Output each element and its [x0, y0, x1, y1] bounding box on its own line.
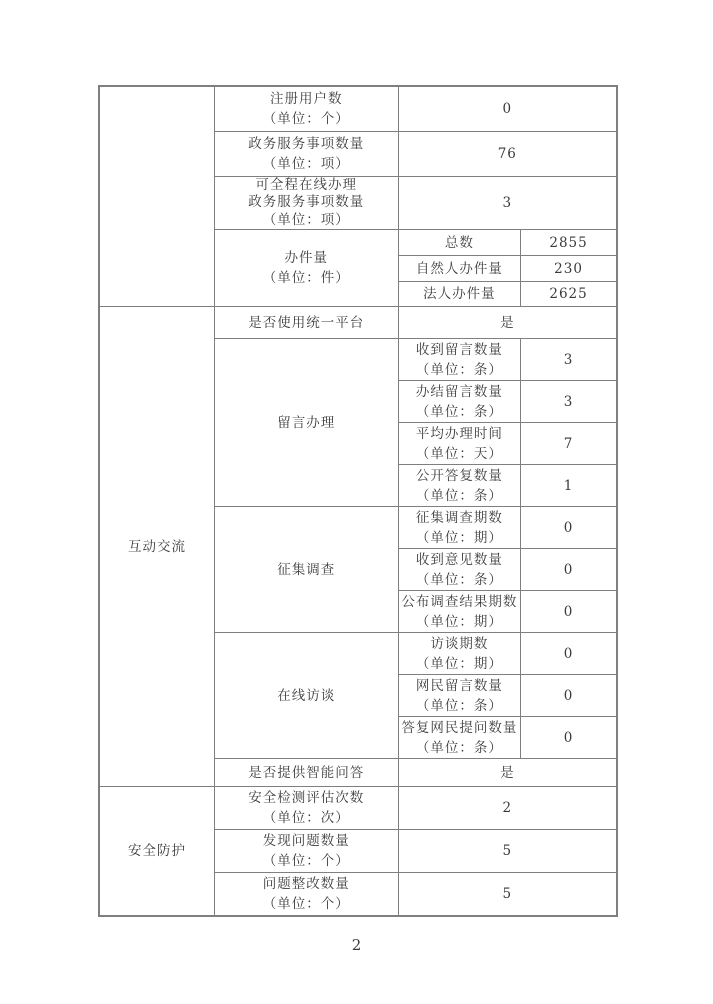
- service-items-label-line2: （单位：项）: [217, 154, 396, 174]
- service-items-label-line1: 政务服务事项数量: [217, 134, 396, 154]
- online-items-label-line2: 政务服务事项数量: [217, 194, 396, 212]
- case-volume-natural-value: 230: [521, 256, 617, 282]
- interview-periods-value: 0: [521, 633, 617, 675]
- registered-users-label: 注册用户数 （单位：个）: [214, 86, 398, 131]
- questions-answered-line1: 答复网民提问数量: [401, 718, 518, 738]
- survey-periods-line1: 征集调查期数: [401, 508, 518, 528]
- results-published-value: 0: [521, 591, 617, 633]
- security-assessments-value: 2: [398, 787, 617, 830]
- case-volume-total-value: 2855: [521, 230, 617, 256]
- results-published-line2: （单位：期）: [401, 612, 518, 632]
- problems-found-value: 5: [398, 830, 617, 873]
- avg-handling-time-label: 平均办理时间 （单位：天）: [398, 423, 520, 465]
- interview-label: 在线访谈: [214, 633, 398, 759]
- section2-group-label: 互动交流: [99, 307, 214, 787]
- case-volume-label-line1: 办件量: [217, 248, 396, 268]
- page-number: 2: [0, 936, 713, 954]
- messages-completed-line1: 办结留言数量: [401, 382, 518, 402]
- opinions-received-line1: 收到意见数量: [401, 550, 518, 570]
- case-volume-natural-label: 自然人办件量: [398, 256, 520, 282]
- security-assessments-line1: 安全检测评估次数: [217, 788, 396, 808]
- registered-users-label-line2: （单位：个）: [217, 109, 396, 129]
- public-replies-label: 公开答复数量 （单位：条）: [398, 465, 520, 507]
- netizen-messages-line2: （单位：条）: [401, 696, 518, 716]
- messages-received-value: 3: [521, 339, 617, 381]
- case-volume-legal-label: 法人办件量: [398, 282, 520, 307]
- security-assessments-label: 安全检测评估次数 （单位：次）: [214, 787, 398, 830]
- messages-received-line2: （单位：条）: [401, 360, 518, 380]
- smart-qa-label: 是否提供智能问答: [214, 759, 398, 787]
- results-published-label: 公布调查结果期数 （单位：期）: [398, 591, 520, 633]
- problems-fixed-line1: 问题整改数量: [217, 874, 396, 894]
- report-table-container: 注册用户数 （单位：个） 0 政务服务事项数量 （单位：项） 76 可全程在线办…: [98, 85, 618, 917]
- messages-completed-label: 办结留言数量 （单位：条）: [398, 381, 520, 423]
- public-replies-value: 1: [521, 465, 617, 507]
- avg-handling-time-value: 7: [521, 423, 617, 465]
- section3-group-label: 安全防护: [99, 787, 214, 916]
- interview-periods-label: 访谈期数 （单位：期）: [398, 633, 520, 675]
- opinions-received-value: 0: [521, 549, 617, 591]
- results-published-line1: 公布调查结果期数: [401, 592, 518, 612]
- unified-platform-value: 是: [398, 307, 617, 339]
- case-volume-total-label: 总数: [398, 230, 520, 256]
- messages-completed-value: 3: [521, 381, 617, 423]
- case-volume-label-line2: （单位：件）: [217, 268, 396, 288]
- smart-qa-value: 是: [398, 759, 617, 787]
- online-items-label-line1: 可全程在线办理: [217, 177, 396, 195]
- registered-users-label-line1: 注册用户数: [217, 89, 396, 109]
- questions-answered-line2: （单位：条）: [401, 738, 518, 758]
- opinions-received-label: 收到意见数量 （单位：条）: [398, 549, 520, 591]
- problems-fixed-label: 问题整改数量 （单位：个）: [214, 873, 398, 916]
- interview-periods-line1: 访谈期数: [401, 634, 518, 654]
- messages-received-line1: 收到留言数量: [401, 340, 518, 360]
- survey-periods-label: 征集调查期数 （单位：期）: [398, 507, 520, 549]
- questions-answered-value: 0: [521, 717, 617, 759]
- section1-group-cell: [99, 86, 214, 307]
- netizen-messages-value: 0: [521, 675, 617, 717]
- questions-answered-label: 答复网民提问数量 （单位：条）: [398, 717, 520, 759]
- messages-received-label: 收到留言数量 （单位：条）: [398, 339, 520, 381]
- message-handling-label: 留言办理: [214, 339, 398, 507]
- case-volume-label: 办件量 （单位：件）: [214, 230, 398, 307]
- interview-periods-line2: （单位：期）: [401, 654, 518, 674]
- problems-found-line1: 发现问题数量: [217, 831, 396, 851]
- online-items-value: 3: [398, 176, 617, 230]
- government-service-report-table: 注册用户数 （单位：个） 0 政务服务事项数量 （单位：项） 76 可全程在线办…: [98, 85, 618, 917]
- public-replies-line2: （单位：条）: [401, 486, 518, 506]
- case-volume-legal-value: 2625: [521, 282, 617, 307]
- unified-platform-label: 是否使用统一平台: [214, 307, 398, 339]
- online-items-label: 可全程在线办理 政务服务事项数量 （单位：项）: [214, 176, 398, 230]
- netizen-messages-line1: 网民留言数量: [401, 676, 518, 696]
- security-assessments-line2: （单位：次）: [217, 808, 396, 828]
- service-items-value: 76: [398, 131, 617, 176]
- registered-users-value: 0: [398, 86, 617, 131]
- survey-periods-line2: （单位：期）: [401, 528, 518, 548]
- problems-fixed-line2: （单位：个）: [217, 894, 396, 914]
- public-replies-line1: 公开答复数量: [401, 466, 518, 486]
- survey-periods-value: 0: [521, 507, 617, 549]
- avg-handling-time-line2: （单位：天）: [401, 444, 518, 464]
- avg-handling-time-line1: 平均办理时间: [401, 424, 518, 444]
- netizen-messages-label: 网民留言数量 （单位：条）: [398, 675, 520, 717]
- problems-found-label: 发现问题数量 （单位：个）: [214, 830, 398, 873]
- problems-found-line2: （单位：个）: [217, 851, 396, 871]
- online-items-label-line3: （单位：项）: [217, 212, 396, 230]
- messages-completed-line2: （单位：条）: [401, 402, 518, 422]
- opinions-received-line2: （单位：条）: [401, 570, 518, 590]
- service-items-label: 政务服务事项数量 （单位：项）: [214, 131, 398, 176]
- survey-label: 征集调查: [214, 507, 398, 633]
- problems-fixed-value: 5: [398, 873, 617, 916]
